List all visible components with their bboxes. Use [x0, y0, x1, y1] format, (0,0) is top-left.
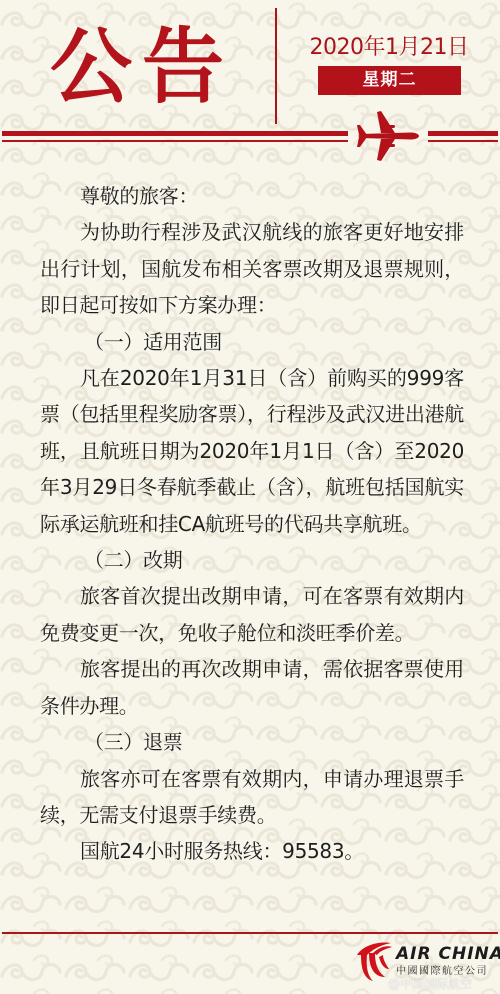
scope-paragraph: 凡在2020年1月31日（含）前购买的999客票（包括里程奖励客票），行程涉及武… [40, 360, 464, 542]
announcement-date: 2020年1月21日 [309, 34, 469, 62]
intro-paragraph: 为协助行程涉及武汉航线的旅客更好地安排出行计划，国航发布相关客票改期及退票规则，… [40, 214, 464, 323]
weibo-watermark: @中国国际航空 [388, 977, 472, 991]
air-china-phoenix-logo-icon [353, 941, 393, 985]
footer-rule [2, 932, 498, 934]
hotline-text: 国航24小时服务热线：95583。 [40, 833, 464, 869]
section-heading-scope: （一）适用范围 [40, 324, 464, 360]
refund-paragraph: 旅客亦可在客票有效期内，申请办理退票手续，无需支付退票手续费。 [40, 761, 464, 834]
reschedule-paragraph-2: 旅客提出的再次改期申请，需依据客票使用条件办理。 [40, 651, 464, 724]
section-heading-reschedule: （二）改期 [40, 542, 464, 578]
page-title: 公告 [50, 20, 240, 116]
header-rule-thick-right [428, 131, 498, 136]
header-rule-thick-left [2, 131, 348, 136]
header-rule-thin-left [2, 140, 348, 142]
header-vertical-divider [275, 8, 277, 124]
announcement-body: 尊敬的旅客： 为协助行程涉及武汉航线的旅客更好地安排出行计划，国航发布相关客票改… [40, 178, 464, 870]
weekday-badge: 星期二 [318, 66, 461, 95]
salutation: 尊敬的旅客： [40, 178, 464, 214]
section-heading-refund: （三）退票 [40, 724, 464, 760]
airplane-icon [355, 110, 421, 162]
reschedule-paragraph-1: 旅客首次提出改期申请，可在客票有效期内免费变更一次，免收子舱位和淡旺季价差。 [40, 578, 464, 651]
header-rule-thin-right [428, 140, 498, 142]
brand-name-english: AIR CHINA [396, 944, 500, 964]
